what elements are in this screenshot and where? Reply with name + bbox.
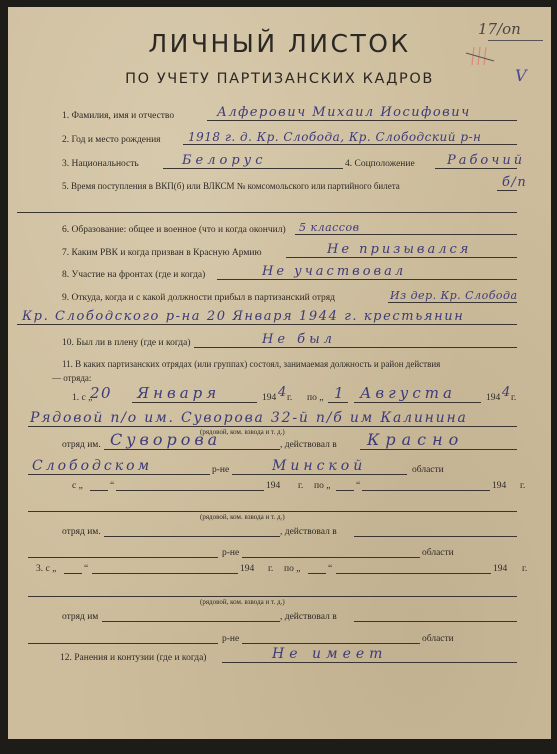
field-underline [132,402,257,403]
annotation-underline [488,40,543,41]
field-underline [336,573,491,574]
field-row-arrival-continued: Кр. Слободского р-на 20 Января 1944 г. к… [62,309,517,327]
to-year-prefix: 194 [486,393,500,403]
field-label: 12. Ранения и контузии (где и когда) [60,653,206,663]
field-label: 4. Соцположение [345,159,415,169]
field-row-wounds: 12. Ранения и контузии (где и когда) Не … [62,647,517,665]
field-row-birth: 2. Год и место рождения 1918 г. д. Кр. С… [62,129,517,147]
field-row-conscription: 7. Каким РВК и когда призван в Красную А… [62,242,517,260]
to-prefix: по „ [307,393,323,403]
detachment-entry-3-district: р-не области [62,628,517,646]
to-prefix: по „ [284,564,300,574]
entry-number: с „ [72,481,83,491]
field-label: — отряда: [52,373,91,383]
detachment-entry-3-position: (рядовой, ком. взвода и т. д.) [62,581,517,599]
field-underline [336,490,354,491]
from-year-prefix: 194 [266,481,280,491]
field-underline [104,536,280,537]
district-label: р-не [212,465,229,475]
unit-label: отряд им. [62,527,101,537]
from-year-prefix: 194 [262,393,276,403]
field-underline [183,144,517,145]
quote-mark: “ [84,564,88,574]
field-underline [28,596,517,597]
document-page: ЛИЧНЫЙ ЛИСТОК ПО УЧЕТУ ПАРТИЗАНСКИХ КАДР… [8,7,551,739]
field-row-education: 6. Образование: общее и военное (что и к… [62,219,517,237]
scan-border [8,739,551,754]
acted-label: , действовал в [280,612,337,622]
field-underline [90,490,108,491]
region-label: области [412,465,444,475]
field-underline [102,621,280,622]
acted-label: , действовал в [280,527,337,537]
field-value-arrival-line2[interactable]: Кр. Слободского р-на 20 Января 1944 г. к… [22,309,464,324]
region-value[interactable]: Минской [272,458,366,474]
field-label: 2. Год и место рождения [62,135,161,145]
field-underline [388,302,517,303]
field-row-name: 1. Фамилия, имя и отчество Алферович Мих… [62,105,517,123]
field-underline [328,402,348,403]
field-label: 6. Образование: общее и военное (что и к… [62,225,286,235]
field-underline [217,279,517,280]
position-caption: (рядовой, ком. взвода и т. д.) [200,598,285,606]
year-abbr: г. [298,481,303,491]
field-row-fronts: 8. Участие на фронтах (где и когда) Не у… [62,264,517,282]
field-underline [28,426,517,427]
check-mark: V [515,66,527,85]
field-row-party: 5. Время поступления в ВКП(б) или ВЛКСМ … [62,175,517,193]
document-subtitle: ПО УЧЕТУ ПАРТИЗАНСКИХ КАДРОВ [8,71,551,87]
field-underline [17,212,517,213]
field-value-wounds[interactable]: Не имеет [272,646,387,662]
year-abbr: г. [511,393,516,403]
field-label: 7. Каким РВК и когда призван в Красную А… [62,248,262,258]
detachment-entry-2-dates: с „ “ 194 г. по „ “ 194 г. [62,475,517,493]
field-value-fronts[interactable]: Не участвовал [262,264,406,279]
detachment-entry-2-position: (рядовой, ком. взвода и т. д.) [62,496,517,514]
field-underline [194,347,517,348]
from-day-value[interactable]: 20 [90,384,112,402]
field-row-detachments-header-2: — отряда: [62,367,517,385]
year-abbr: г. [522,564,527,574]
region-label: области [422,634,454,644]
field-underline [354,536,517,537]
field-value-full-name[interactable]: Алферович Михаил Иосифович [217,105,471,120]
field-underline [104,449,280,450]
field-value-captivity[interactable]: Не был [262,332,336,347]
field-value-conscription[interactable]: Не призывался [327,242,471,257]
red-pencil-mark-icon [464,45,496,67]
field-row-captivity: 10. Был ли в плену (где и когда) Не был [62,332,517,350]
field-value-party[interactable]: б/п [502,175,527,190]
field-underline [92,573,238,574]
field-value-social-status[interactable]: Рабочий [447,153,525,168]
district-label: р-не [222,548,239,558]
acted-value[interactable]: Красно [367,430,464,449]
field-underline [64,573,82,574]
unit-label: отряд им [62,612,98,622]
field-label: 3. Национальность [62,159,139,169]
to-day-value[interactable]: 1 [334,384,345,402]
unit-label: отряд им. [62,440,101,450]
field-underline [360,449,517,450]
district-value[interactable]: Слободском [32,458,152,474]
field-underline [207,120,517,121]
field-underline [17,324,517,325]
quote-mark: “ [328,564,332,574]
field-label: 9. Откуда, когда и с какой должности при… [62,293,335,303]
field-underline [354,402,481,403]
to-year-prefix: 194 [493,564,507,574]
quote-mark: “ [356,481,360,491]
field-value-arrival-line1[interactable]: Из дер. Кр. Слобода [390,289,518,302]
detachment-entry-3-dates: 3. с „ “ 194 г. по „ “ 194 г. [62,558,517,576]
field-underline [242,643,420,644]
year-abbr: г. [520,481,525,491]
field-value-education[interactable]: 5 классов [299,221,359,234]
detachment-entry-1-unit: отряд им. Суворова , действовал в Красно [62,434,517,452]
to-month-value[interactable]: Августа [360,384,456,402]
year-abbr: г. [268,564,273,574]
field-underline [435,168,517,169]
district-label: р-не [222,634,239,644]
unit-value[interactable]: Суворова [110,430,221,449]
field-value-nationality[interactable]: Белорус [182,153,267,168]
field-label: 10. Был ли в плену (где и когда) [62,338,191,348]
field-underline [362,490,490,491]
field-underline [28,511,517,512]
field-underline [354,621,517,622]
field-row-party-continued [62,197,517,215]
position-value[interactable]: Рядовой п/о им. Суворова 32-й п/б им Кал… [30,410,468,426]
position-caption: (рядовой, ком. взвода и т. д.) [200,513,285,521]
region-label: области [422,548,454,558]
field-row-arrival: 9. Откуда, когда и с какой должности при… [62,287,517,305]
field-underline [295,234,517,235]
year-abbr: г. [287,393,292,403]
field-label: 5. Время поступления в ВКП(б) или ВЛКСМ … [62,181,400,191]
from-month-value[interactable]: Января [137,384,220,402]
field-underline [286,257,517,258]
field-value-birth[interactable]: 1918 г. д. Кр. Слобода, Кр. Слободский р… [188,130,481,144]
detachment-entry-1-position: Рядовой п/о им. Суворова 32-й п/б им Кал… [62,411,517,429]
quote-mark: “ [110,481,114,491]
entry-number: 3. с „ [36,564,56,574]
detachment-entry-2-unit: отряд им. , действовал в [62,521,517,539]
from-year-prefix: 194 [240,564,254,574]
detachment-entry-1-dates: 1. с „ 20 Января 194 4 г. по „ 1 Августа… [62,387,517,405]
field-underline [222,662,517,663]
field-underline [163,168,343,169]
field-underline [28,643,218,644]
acted-label: , действовал в [280,440,337,450]
detachment-entry-3-unit: отряд им , действовал в [62,606,517,624]
field-label: 8. Участие на фронтах (где и когда) [62,270,205,280]
to-year-prefix: 194 [492,481,506,491]
field-underline [497,190,517,191]
to-prefix: по „ [314,481,330,491]
field-row-nationality: 3. Национальность Белорус 4. Соцположени… [62,153,517,171]
field-label: 1. Фамилия, имя и отчество [62,111,174,121]
archive-number-annotation: 17/оп [478,20,521,38]
field-underline [116,490,264,491]
field-underline [308,573,326,574]
